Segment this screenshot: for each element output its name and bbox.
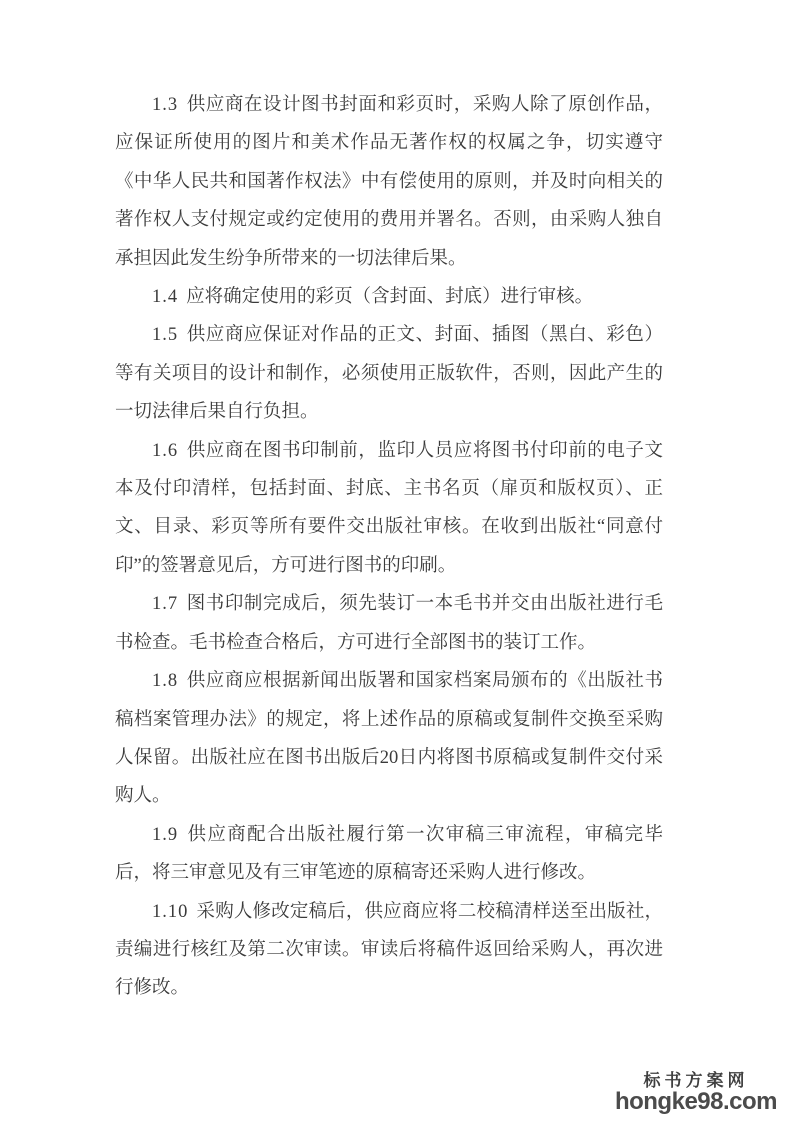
clause-text: 供应商应根据新闻出版署和国家档案局颁布的《出版社书稿档案管理办法》的规定，将上述… xyxy=(115,671,663,806)
clause-paragraph: 1.10采购人修改定稿后，供应商应将二校稿清样送至出版社，责编进行核红及第二次审… xyxy=(115,893,663,1008)
clause-text: 供应商配合出版社履行第一次审稿三审流程，审稿完毕后，将三审意见及有三审笔迹的原稿… xyxy=(115,825,663,883)
clause-number: 1.5 xyxy=(152,325,178,345)
clause-number: 1.10 xyxy=(152,902,188,922)
clause-paragraph: 1.7图书印制完成后，须先装订一本毛书并交由出版社进行毛书检查。毛书检查合格后，… xyxy=(115,585,663,662)
contract-clauses-block: 1.3供应商在设计图书封面和彩页时，采购人除了原创作品，应保证所使用的图片和美术… xyxy=(115,86,663,1008)
clause-text: 供应商在图书印制前，监印人员应将图书付印前的电子文本及付印清样，包括封面、封底、… xyxy=(115,441,663,576)
clause-number: 1.8 xyxy=(152,671,178,691)
clause-paragraph: 1.4应将确定使用的彩页（含封面、封底）进行审核。 xyxy=(115,278,663,316)
watermark-domain: hongke98.com xyxy=(615,1090,777,1113)
clause-paragraph: 1.3供应商在设计图书封面和彩页时，采购人除了原创作品，应保证所使用的图片和美术… xyxy=(115,86,663,278)
clause-number: 1.6 xyxy=(152,441,178,461)
clause-text: 供应商在设计图书封面和彩页时，采购人除了原创作品，应保证所使用的图片和美术作品无… xyxy=(115,95,663,269)
clause-number: 1.7 xyxy=(152,594,178,614)
clause-text: 应将确定使用的彩页（含封面、封底）进行审核。 xyxy=(186,287,593,307)
clause-text: 供应商应保证对作品的正文、封面、插图（黑白、彩色）等有关项目的设计和制作，必须使… xyxy=(115,325,663,422)
clause-text: 采购人修改定稿后，供应商应将二校稿清样送至出版社，责编进行核红及第二次审读。审读… xyxy=(115,902,663,999)
document-page: 1.3供应商在设计图书封面和彩页时，采购人除了原创作品，应保证所使用的图片和美术… xyxy=(0,0,793,1122)
clause-text: 图书印制完成后，须先装订一本毛书并交由出版社进行毛书检查。毛书检查合格后，方可进… xyxy=(115,594,663,652)
clause-paragraph: 1.9供应商配合出版社履行第一次审稿三审流程，审稿完毕后，将三审意见及有三审笔迹… xyxy=(115,816,663,893)
clause-paragraph: 1.5供应商应保证对作品的正文、封面、插图（黑白、彩色）等有关项目的设计和制作，… xyxy=(115,316,663,431)
clause-number: 1.3 xyxy=(152,95,178,115)
watermark: 标书方案网 hongke98.com xyxy=(615,1071,777,1113)
clause-paragraph: 1.8供应商应根据新闻出版署和国家档案局颁布的《出版社书稿档案管理办法》的规定，… xyxy=(115,662,663,816)
clause-number: 1.4 xyxy=(152,287,178,307)
clause-number: 1.9 xyxy=(152,825,178,845)
clause-paragraph: 1.6供应商在图书印制前，监印人员应将图书付印前的电子文本及付印清样，包括封面、… xyxy=(115,432,663,586)
